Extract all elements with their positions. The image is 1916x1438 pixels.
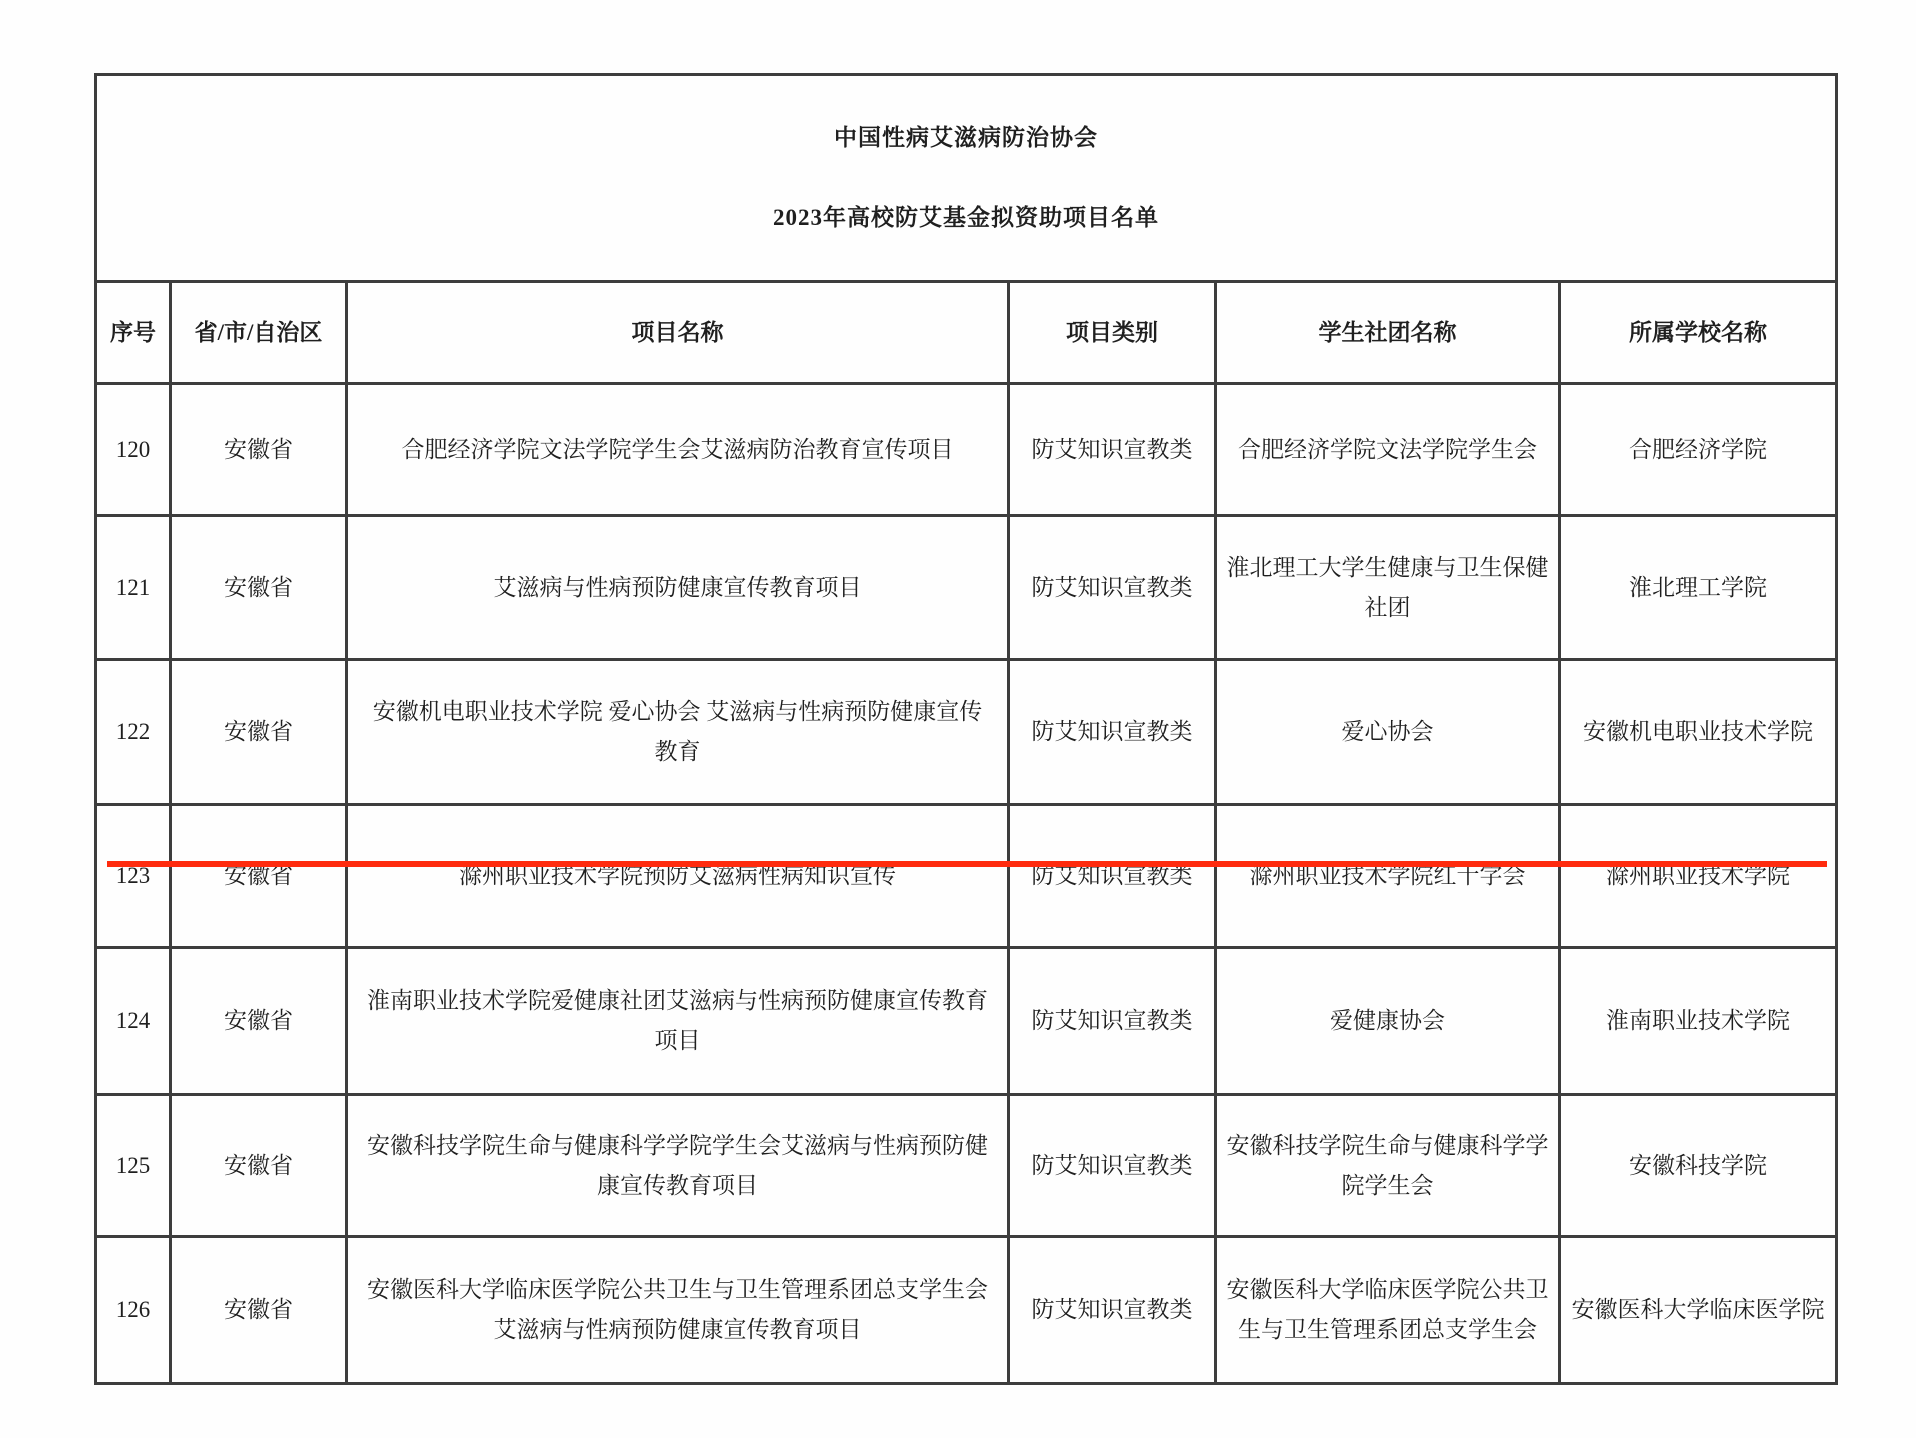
cell-club-name: 爱健康协会 bbox=[1216, 948, 1560, 1095]
cell-school-name: 淮北理工学院 bbox=[1560, 516, 1837, 660]
column-header-category: 项目类别 bbox=[1009, 282, 1216, 384]
cell-category: 防艾知识宣教类 bbox=[1009, 660, 1216, 805]
cell-region: 安徽省 bbox=[171, 1237, 347, 1384]
cell-club-name: 合肥经济学院文法学院学生会 bbox=[1216, 384, 1560, 516]
table-row-highlighted: 123 安徽省 滁州职业技术学院预防艾滋病性病知识宣传 防艾知识宣教类 滁州职业… bbox=[96, 805, 1837, 948]
table-row: 122 安徽省 安徽机电职业技术学院 爱心协会 艾滋病与性病预防健康宣传 教育 … bbox=[96, 660, 1837, 805]
table-row: 126 安徽省 安徽医科大学临床医学院公共卫生与卫生管理系团总支学生会 艾滋病与… bbox=[96, 1237, 1837, 1384]
cell-project-name: 艾滋病与性病预防健康宣传教育项目 bbox=[347, 516, 1009, 660]
cell-club-name: 淮北理工大学生健康与卫生保健 社团 bbox=[1216, 516, 1560, 660]
cell-region: 安徽省 bbox=[171, 660, 347, 805]
funded-projects-table: 中国性病艾滋病防治协会 2023年高校防艾基金拟资助项目名单 序号 省/市/自治… bbox=[94, 73, 1838, 1385]
cell-club-name: 爱心协会 bbox=[1216, 660, 1560, 805]
column-header-project: 项目名称 bbox=[347, 282, 1009, 384]
table-row: 120 安徽省 合肥经济学院文法学院学生会艾滋病防治教育宣传项目 防艾知识宣教类… bbox=[96, 384, 1837, 516]
cell-region: 安徽省 bbox=[171, 1095, 347, 1237]
cell-club-name: 滁州职业技术学院红十字会 bbox=[1216, 805, 1560, 948]
cell-category: 防艾知识宣教类 bbox=[1009, 948, 1216, 1095]
cell-project-name: 合肥经济学院文法学院学生会艾滋病防治教育宣传项目 bbox=[347, 384, 1009, 516]
cell-region: 安徽省 bbox=[171, 948, 347, 1095]
cell-serial-number: 124 bbox=[96, 948, 171, 1095]
cell-school-name: 安徽科技学院 bbox=[1560, 1095, 1837, 1237]
cell-serial-number: 122 bbox=[96, 660, 171, 805]
cell-school-name: 合肥经济学院 bbox=[1560, 384, 1837, 516]
cell-club-name: 安徽科技学院生命与健康科学学 院学生会 bbox=[1216, 1095, 1560, 1237]
column-header-serial: 序号 bbox=[96, 282, 171, 384]
scanned-document-page: 中国性病艾滋病防治协会 2023年高校防艾基金拟资助项目名单 序号 省/市/自治… bbox=[0, 0, 1916, 1438]
cell-serial-number: 125 bbox=[96, 1095, 171, 1237]
cell-project-name: 安徽机电职业技术学院 爱心协会 艾滋病与性病预防健康宣传 教育 bbox=[347, 660, 1009, 805]
document-title-line1: 中国性病艾滋病防治协会 bbox=[105, 118, 1827, 158]
cell-region: 安徽省 bbox=[171, 805, 347, 948]
cell-serial-number: 123 bbox=[96, 805, 171, 948]
table-row: 125 安徽省 安徽科技学院生命与健康科学学院学生会艾滋病与性病预防健 康宣传教… bbox=[96, 1095, 1837, 1237]
cell-category: 防艾知识宣教类 bbox=[1009, 1095, 1216, 1237]
cell-region: 安徽省 bbox=[171, 516, 347, 660]
cell-category: 防艾知识宣教类 bbox=[1009, 516, 1216, 660]
cell-school-name: 滁州职业技术学院 bbox=[1560, 805, 1837, 948]
column-header-region: 省/市/自治区 bbox=[171, 282, 347, 384]
cell-project-name: 安徽科技学院生命与健康科学学院学生会艾滋病与性病预防健 康宣传教育项目 bbox=[347, 1095, 1009, 1237]
cell-serial-number: 121 bbox=[96, 516, 171, 660]
table-header-row: 序号 省/市/自治区 项目名称 项目类别 学生社团名称 所属学校名称 bbox=[96, 282, 1837, 384]
cell-serial-number: 120 bbox=[96, 384, 171, 516]
table-row: 124 安徽省 淮南职业技术学院爱健康社团艾滋病与性病预防健康宣传教育 项目 防… bbox=[96, 948, 1837, 1095]
column-header-club: 学生社团名称 bbox=[1216, 282, 1560, 384]
cell-region: 安徽省 bbox=[171, 384, 347, 516]
document-title-line2: 2023年高校防艾基金拟资助项目名单 bbox=[105, 198, 1827, 238]
cell-school-name: 淮南职业技术学院 bbox=[1560, 948, 1837, 1095]
document-title: 中国性病艾滋病防治协会 2023年高校防艾基金拟资助项目名单 bbox=[96, 75, 1837, 282]
title-row: 中国性病艾滋病防治协会 2023年高校防艾基金拟资助项目名单 bbox=[96, 75, 1837, 282]
column-header-school: 所属学校名称 bbox=[1560, 282, 1837, 384]
cell-category: 防艾知识宣教类 bbox=[1009, 805, 1216, 948]
cell-club-name: 安徽医科大学临床医学院公共卫 生与卫生管理系团总支学生会 bbox=[1216, 1237, 1560, 1384]
table-row: 121 安徽省 艾滋病与性病预防健康宣传教育项目 防艾知识宣教类 淮北理工大学生… bbox=[96, 516, 1837, 660]
cell-project-name: 滁州职业技术学院预防艾滋病性病知识宣传 bbox=[347, 805, 1009, 948]
cell-school-name: 安徽医科大学临床医学院 bbox=[1560, 1237, 1837, 1384]
cell-project-name: 淮南职业技术学院爱健康社团艾滋病与性病预防健康宣传教育 项目 bbox=[347, 948, 1009, 1095]
cell-category: 防艾知识宣教类 bbox=[1009, 1237, 1216, 1384]
cell-project-name: 安徽医科大学临床医学院公共卫生与卫生管理系团总支学生会 艾滋病与性病预防健康宣传… bbox=[347, 1237, 1009, 1384]
cell-serial-number: 126 bbox=[96, 1237, 171, 1384]
cell-category: 防艾知识宣教类 bbox=[1009, 384, 1216, 516]
cell-school-name: 安徽机电职业技术学院 bbox=[1560, 660, 1837, 805]
